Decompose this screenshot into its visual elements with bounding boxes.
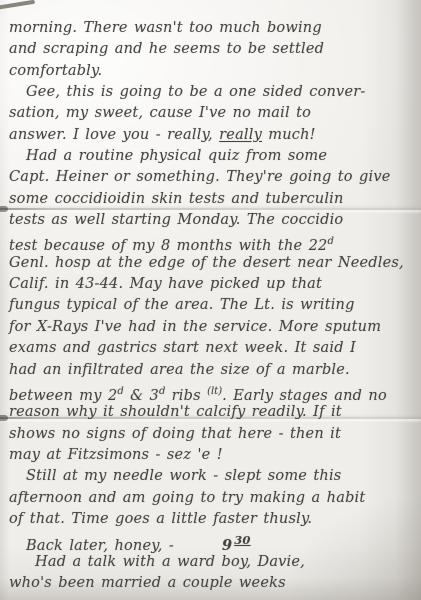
letter-line: exams and gastrics start next week. It s… — [9, 338, 417, 359]
letter-line: Had a talk with a ward boy, Davie, — [9, 552, 417, 573]
letter-line: morning. There wasn't too much bowing — [9, 18, 417, 39]
crease-edge-mark — [0, 206, 8, 212]
letter-line: Capt. Heiner or something. They're going… — [9, 167, 417, 188]
superscript-ordinal: d — [327, 236, 333, 247]
letter-line: comfortably. — [9, 61, 417, 82]
letter-line: for X-Rays I've had in the service. More… — [9, 317, 417, 338]
time-minutes: 30 — [234, 533, 250, 547]
letter-line: reason why it shouldn't calcify readily.… — [9, 402, 417, 423]
letter-line: Back later, honey, -930 — [9, 530, 417, 551]
letter-text: much! — [262, 127, 316, 143]
letter-line: test because of my 8 months with the 22d — [9, 231, 417, 252]
letter-text: test because of my 8 months with the 22 — [9, 238, 327, 254]
letter-line: of that. Time goes a little faster thusl… — [9, 509, 417, 530]
letter-line: Had a routine physical quiz from some — [9, 146, 417, 167]
letter-line: Genl. hosp at the edge of the desert nea… — [9, 253, 417, 274]
scan-corner-mark — [0, 0, 35, 10]
letter-line: and scraping and he seems to be settled — [9, 39, 417, 60]
letter-line: may at Fitzsimons - sez 'e ! — [9, 445, 417, 466]
letter-body: morning. There wasn't too much bowing an… — [9, 18, 417, 594]
letter-line: sation, my sweet, cause I've no mail to — [9, 103, 417, 124]
letter-line: Still at my needle work - slept some thi… — [9, 466, 417, 487]
letter-line: shows no signs of doing that here - then… — [9, 424, 417, 445]
letter-line: between my 2d & 3d ribs (lt). Early stag… — [9, 381, 417, 402]
letter-line: who's been married a couple weeks — [9, 573, 417, 594]
letter-page: morning. There wasn't too much bowing an… — [0, 0, 421, 600]
letter-line: some coccidioidin skin tests and tubercu… — [9, 189, 417, 210]
underlined-word: really — [219, 127, 262, 143]
letter-line: Gee, this is going to be a one sided con… — [9, 82, 417, 103]
letter-line: tests as well starting Monday. The cocci… — [9, 210, 417, 231]
letter-line: had an infiltrated area the size of a ma… — [9, 360, 417, 381]
letter-line: afternoon and am going to try making a h… — [9, 488, 417, 509]
crease-edge-mark — [0, 415, 8, 421]
letter-line: answer. I love you - really, really much… — [9, 125, 417, 146]
letter-text: answer. I love you - really, — [9, 127, 219, 143]
letter-line: fungus typical of the area. The Lt. is w… — [9, 295, 417, 316]
superscript-note: (lt) — [207, 386, 222, 397]
letter-line: Calif. in 43-44. May have picked up that — [9, 274, 417, 295]
